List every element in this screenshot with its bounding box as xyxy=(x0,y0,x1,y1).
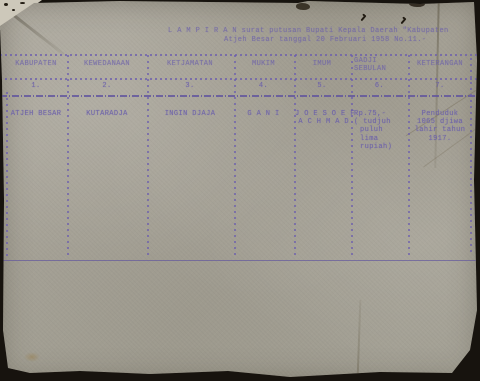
column-number-1: 1. xyxy=(6,82,66,90)
stain xyxy=(24,352,40,362)
document-title-line2: Atjeh Besar tanggal 20 Februari 1958 No.… xyxy=(224,36,426,44)
table-border-bottom xyxy=(0,260,480,261)
column-header-mukim: MUKIM xyxy=(235,60,292,68)
cell-mukim: G A N I xyxy=(235,110,292,118)
cell-gadji-line2: ( tudjuh xyxy=(352,118,409,126)
column-number-6: 6. xyxy=(352,82,407,90)
ink-blot xyxy=(409,0,425,7)
pen-check-mark xyxy=(400,18,406,25)
pen-check-mark xyxy=(360,15,366,22)
column-header-ketjamatan: KETJAMATAN xyxy=(148,60,232,68)
table-border-top xyxy=(0,54,480,56)
column-number-2: 2. xyxy=(68,82,146,90)
column-header-imum: IMUM xyxy=(295,60,349,68)
column-header-kewedanaan: KEWEDANAAN xyxy=(68,60,146,68)
cell-imum-line2: A C H M A D xyxy=(295,118,352,126)
crease-line xyxy=(357,300,362,378)
column-header-gadji-line2: SEBULAN xyxy=(352,65,409,73)
ink-speck xyxy=(12,9,15,11)
ink-blot xyxy=(296,3,310,10)
cell-ketjamatan: INGIN DJAJA xyxy=(148,110,232,118)
cell-keterangan-line2: 1065 djiwa xyxy=(410,118,470,126)
cell-keterangan-line4: 1917. xyxy=(410,135,470,143)
cell-keterangan-line1: Penduduk xyxy=(410,110,470,118)
column-number-5: 5. xyxy=(295,82,349,90)
paper: L A M P I R A N surat putusan Bupati Kep… xyxy=(0,0,480,381)
ink-speck xyxy=(4,3,8,6)
document-title-line1: L A M P I R A N surat putusan Bupati Kep… xyxy=(168,27,449,35)
cell-kabupaten: ATJEH BESAR xyxy=(6,110,66,118)
cell-gadji-line5: rupiah) xyxy=(352,143,415,151)
cell-kewedanaan: KUTARADJA xyxy=(68,110,146,118)
table-border-heavy xyxy=(0,95,480,97)
column-header-kabupaten: KABUPATEN xyxy=(6,60,66,68)
cell-gadji-line4: lima xyxy=(352,135,415,143)
column-number-7: 7. xyxy=(410,82,470,90)
cell-gadji-line1: Rp.75,- xyxy=(352,110,409,118)
table-border-right xyxy=(470,58,472,252)
scanned-document: L A M P I R A N surat putusan Bupati Kep… xyxy=(0,0,480,381)
cell-keterangan-line3: lahir tahun xyxy=(410,126,470,134)
cell-imum-line1: J O E S O E F xyxy=(295,110,352,118)
ink-speck xyxy=(20,2,25,4)
column-number-3: 3. xyxy=(148,82,232,90)
column-number-4: 4. xyxy=(235,82,292,90)
cell-gadji-line3: puluh xyxy=(352,126,415,134)
column-header-gadji-line1: GADJI xyxy=(352,57,409,65)
table-border-under-headers xyxy=(0,78,480,80)
column-header-keterangan: KETERANGAN xyxy=(410,60,470,68)
